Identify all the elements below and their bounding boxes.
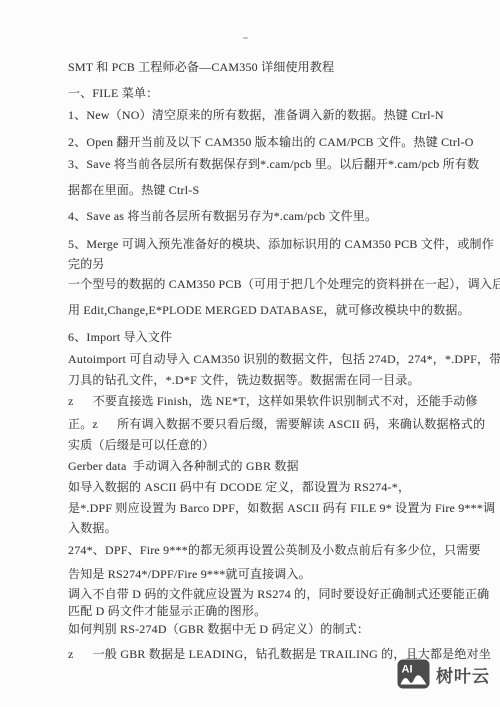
text-line: Gerber data 手动调入各种制式的 GBR 数据 — [68, 459, 299, 474]
bullet-line: 正。z 所有调入数据不要只看后缀，需要解读 ASCII 码，来确认数据格式的 — [68, 417, 485, 432]
bullet-line: z 不要直接选 Finish，选 NE*T，这样如果软件识别制式不对，还能手动修 — [68, 394, 478, 409]
text-line: 用 Edit,Change,E*PLODE MERGED DATABASE，就可… — [68, 303, 470, 318]
text-line: 5、Merge 可调入预先准备好的模块、添加标识用的 CAM350 PCB 文件… — [68, 237, 494, 252]
text-line: 刀具的钻孔文件，*.D*F 文件，铣边数据等。数据需在同一目录。 — [68, 373, 420, 388]
text-line: 是*.DPF 则应设置为 Barco DPF，如数据 ASCII 码有 FILE… — [68, 501, 495, 516]
watermark-brand: 树叶云 — [436, 662, 490, 687]
text-line: 据都在里面。热键 Ctrl-S — [68, 183, 199, 198]
text-line: Autoimport 可自动导入 CAM350 识别的数据文件，包括 274D，… — [68, 352, 500, 367]
section-heading-import: 6、Import 导入文件 — [68, 330, 172, 345]
text-line: 1、New（NO）清空原来的所有数据，准备调入新的数据。热键 Ctrl-N — [68, 108, 444, 123]
text-line: 如何判别 RS-274D（GBR 数据中无 D 码定义）的制式： — [68, 622, 369, 637]
text-line: 调入不自带 D 码的文件就应设置为 RS274 的，同时要设好正确制式还要能正确 — [68, 587, 489, 602]
svg-text:AI: AI — [402, 664, 413, 676]
text-line: 完的另 — [68, 257, 105, 272]
document-page: SMT 和 PCB 工程师必备—CAM350 详细使用教程 一、FILE 菜单：… — [0, 0, 500, 707]
text-line: 一个型号的数据的 CAM350 PCB（可用于把几个处理完的资料拼在一起），调入… — [68, 277, 500, 292]
stray-scan-mark — [243, 37, 248, 39]
text-line: 实质（后缀是可以任意的） — [68, 438, 214, 453]
watermark: AI 树叶云 — [397, 659, 490, 689]
text-line: 入数据。 — [68, 521, 117, 536]
text-line: 3、Save 将当前各层所有数据保存到*.cam/pcb 里。以后翻开*.cam… — [68, 157, 479, 172]
text-line: 如导入数据的 ASCII 码中有 DCODE 定义，都设置为 RS274-*， — [68, 480, 410, 495]
section-heading-file-menu: 一、FILE 菜单： — [68, 86, 158, 101]
text-line: 匹配 D 码文件才能显示正确的图形。 — [68, 604, 266, 619]
doc-title: SMT 和 PCB 工程师必备—CAM350 详细使用教程 — [68, 60, 334, 75]
ai-image-icon: AI — [397, 659, 430, 689]
text-line: 告知是 RS274*/DPF/Fire 9***就可直接调入。 — [68, 567, 311, 582]
text-line: 2、Open 翻开当前及以下 CAM350 版本输出的 CAM/PCB 文件。热… — [68, 135, 474, 150]
text-line: 274*、DPF、Fire 9***的都无须再设置公英制及小数点前后有多少位，只… — [68, 543, 481, 558]
text-line: 4、Save as 将当前各层所有数据另存为*.cam/pcb 文件里。 — [68, 209, 377, 224]
